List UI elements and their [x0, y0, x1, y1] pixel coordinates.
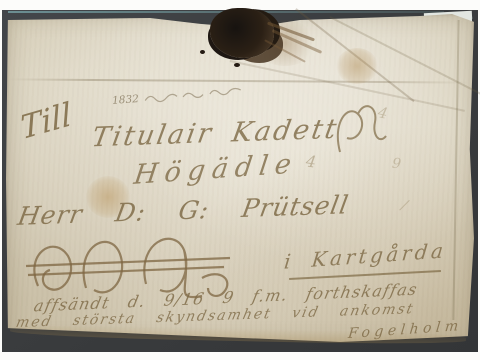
letter-paper — [6, 14, 474, 344]
photo-of-letter: Till 1832 Titulair Kadett Högädle Herr D… — [0, 0, 480, 360]
paper-edge-line — [8, 11, 444, 13]
